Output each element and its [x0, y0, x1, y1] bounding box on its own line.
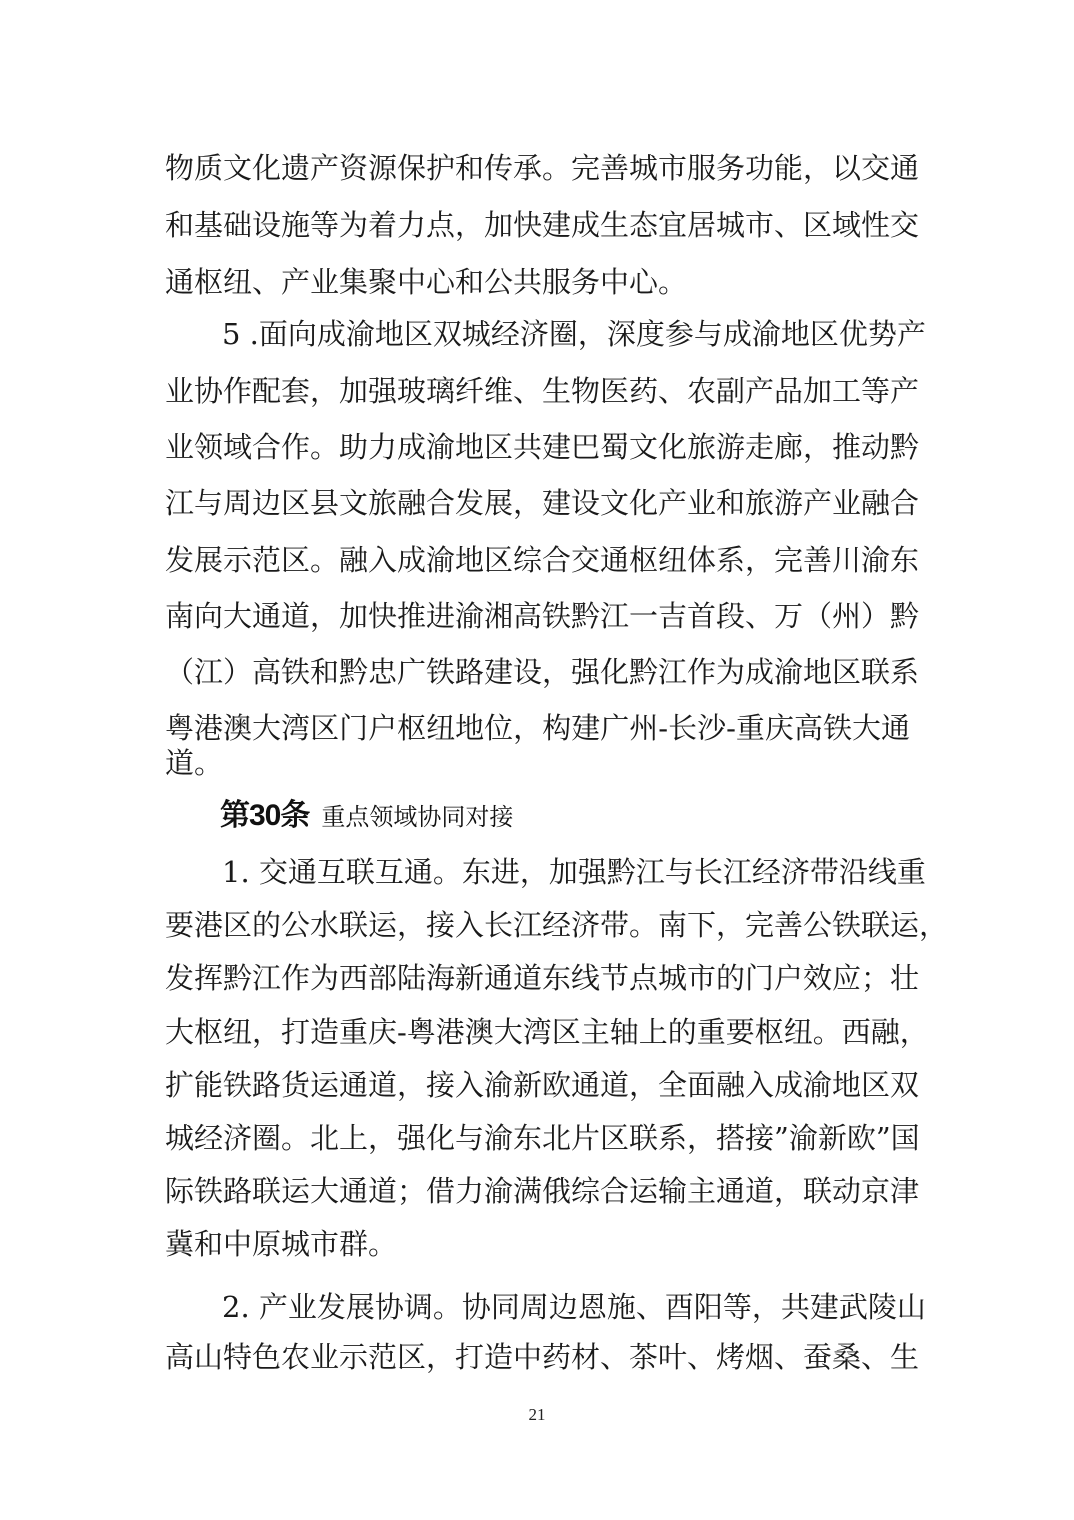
text-line: 1. 交通互联互通。东进，加强黔江与长江经济带沿线重 — [222, 852, 910, 892]
text-line: 南向大通道，加快推进渝湘高铁黔江一吉首段、万（州）黔 — [165, 596, 910, 636]
document-page: 物质文化遗产资源保护和传承。完善城市服务功能，以交通 和基础设施等为着力点，加快… — [0, 0, 1074, 1520]
text-line: 高山特色农业示范区，打造中药材、茶叶、烤烟、蚕桑、生 — [165, 1337, 910, 1377]
text-line: 业领域合作。助力成渝地区共建巴蜀文化旅游走廊，推动黔 — [165, 427, 910, 467]
article-heading: 第30条重点领域协同对接 — [220, 796, 513, 836]
text-line: 大枢纽，打造重庆-粤港澳大湾区主轴上的重要枢纽。西融， — [165, 1012, 910, 1052]
text-line: 际铁路联运大通道；借力渝满俄综合运输主通道，联动京津 — [165, 1171, 910, 1211]
text-line: 发展示范区。融入成渝地区综合交通枢纽体系，完善川渝东 — [165, 540, 910, 580]
text-line: 扩能铁路货运通道，接入渝新欧通道，全面融入成渝地区双 — [165, 1065, 910, 1105]
text-line: 冀和中原城市群。 — [165, 1224, 910, 1264]
text-line: 发挥黔江作为西部陆海新通道东线节点城市的门户效应；壮 — [165, 958, 910, 998]
text-line: 5 .面向成渝地区双城经济圈，深度参与成渝地区优势产 — [222, 314, 910, 354]
text-line: 物质文化遗产资源保护和传承。完善城市服务功能，以交通 — [165, 148, 910, 188]
text-line: 江与周边区县文旅融合发展，建设文化产业和旅游产业融合 — [165, 483, 910, 523]
text-line: 2. 产业发展协调。协同周边恩施、酉阳等，共建武陵山 — [222, 1287, 910, 1327]
page-number: 21 — [0, 1405, 1074, 1425]
text-line: 通枢纽、产业集聚中心和公共服务中心。 — [165, 262, 910, 302]
text-line: （江）高铁和黔忠广铁路建设，强化黔江作为成渝地区联系 — [165, 652, 910, 692]
text-line: 和基础设施等为着力点，加快建成生态宜居城市、区域性交 — [165, 205, 910, 245]
text-line: 城经济圈。北上，强化与渝东北片区联系，搭接”渝新欧”国 — [165, 1118, 910, 1158]
text-line: 要港区的公水联运，接入长江经济带。南下，完善公铁联运， — [165, 905, 910, 945]
article-number: 第30条 — [220, 799, 309, 832]
article-title: 重点领域协同对接 — [321, 803, 513, 831]
text-line: 粤港澳大湾区门户枢纽地位，构建广州-长沙-重庆高铁大通 — [165, 708, 910, 748]
text-line: 业协作配套，加强玻璃纤维、生物医药、农副产品加工等产 — [165, 371, 910, 411]
text-line: 道。 — [165, 743, 910, 783]
